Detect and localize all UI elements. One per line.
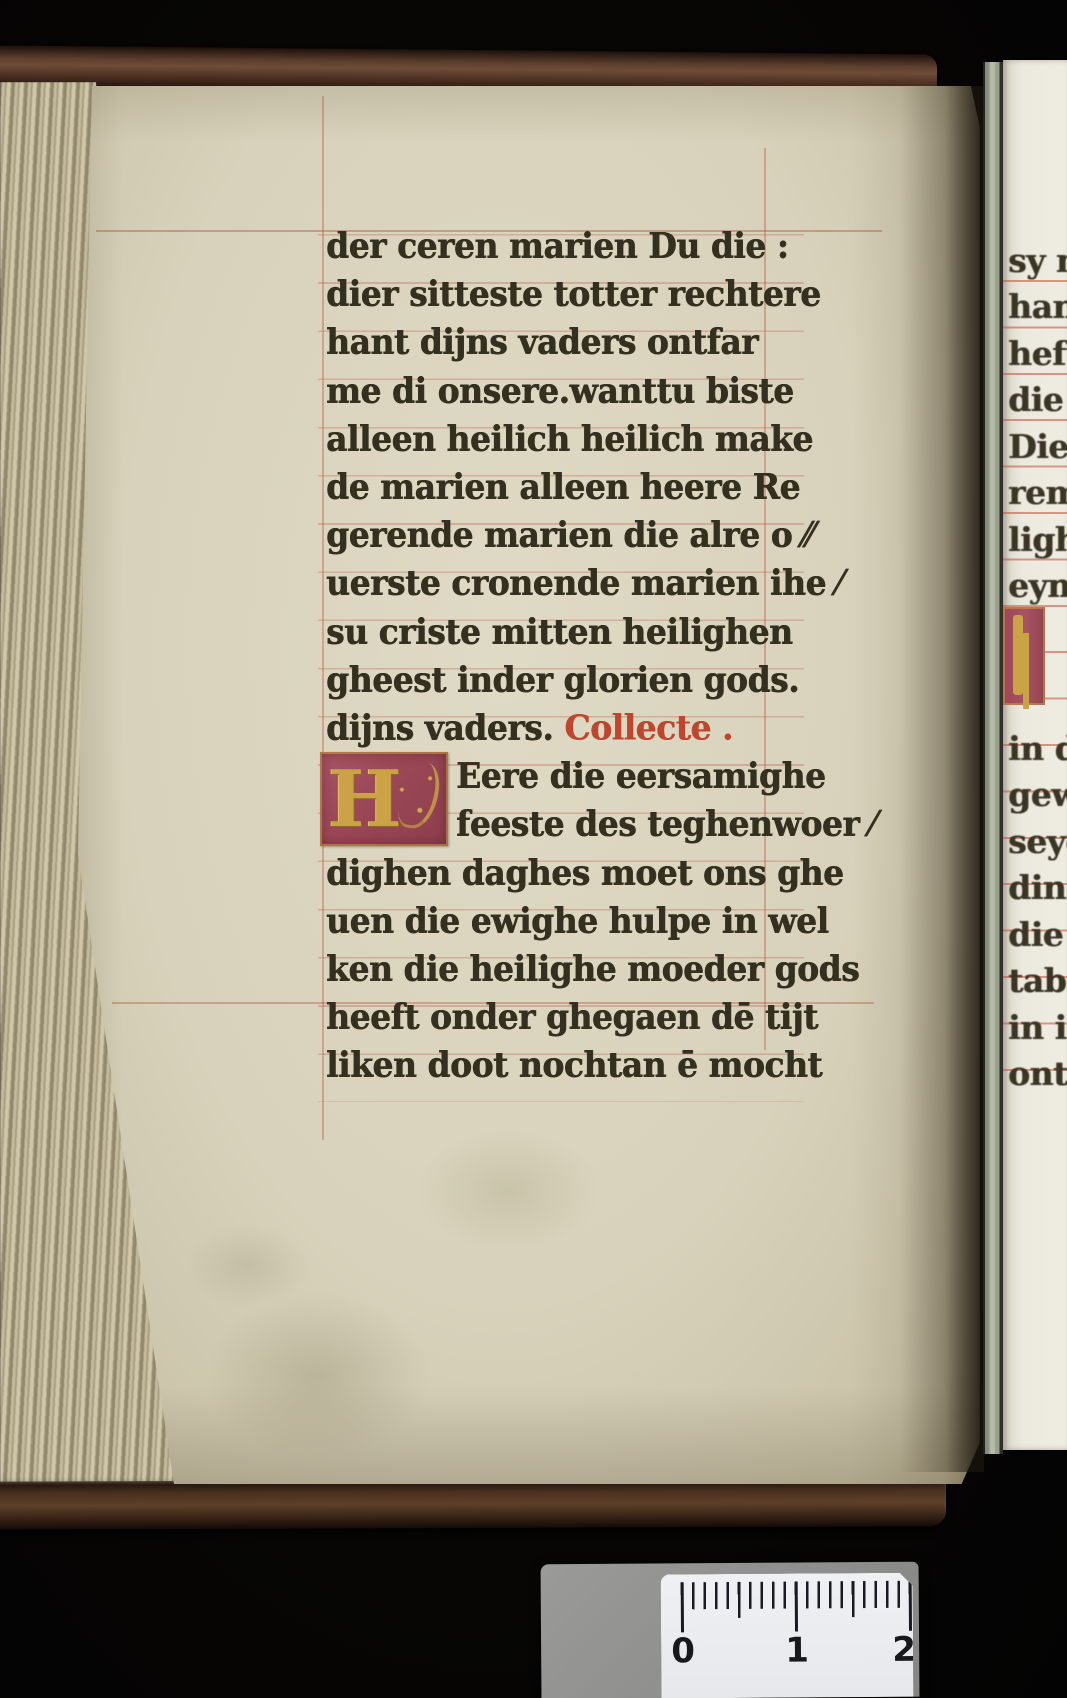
text-line: me di onsere.wanttu biste bbox=[326, 368, 794, 414]
right-page-text-fragment: in iaco bbox=[1008, 1007, 1067, 1049]
text-line: dighen daghes moet ons ghe bbox=[326, 850, 844, 896]
right-page-text-fragment: seyde m bbox=[1008, 821, 1067, 863]
right-page-text-fragment: hand bbox=[1008, 286, 1067, 328]
scale-ruler-label: 0 1 2 bbox=[661, 1573, 914, 1698]
initial-gold-stroke bbox=[1013, 615, 1023, 695]
text-line: Eere die eersamighe bbox=[456, 753, 825, 799]
scale-ruler-card: 0 1 2 bbox=[541, 1562, 920, 1698]
right-page-text-fragment: dinghe bbox=[1008, 867, 1067, 909]
text-line: alleen heilich heilich make bbox=[326, 416, 813, 462]
ruler-major-tick-0 bbox=[681, 1582, 684, 1632]
right-page-text-fragment: sy mi bbox=[1008, 240, 1067, 282]
text-line: gerende marien die alre o ⁄⁄ bbox=[326, 512, 813, 558]
ruler-number-2: 2 bbox=[892, 1627, 916, 1673]
text-line: hant dijns vaders ontfar bbox=[326, 319, 758, 365]
text-line: heeft onder ghegaen dē tijt bbox=[326, 994, 818, 1040]
illuminated-initial-letter: H bbox=[328, 754, 456, 848]
text-line: su criste mitten heilighen bbox=[326, 609, 792, 655]
ruler-major-tick-2 bbox=[909, 1581, 912, 1631]
ruler-number-1: 1 bbox=[785, 1627, 809, 1673]
text-line: liken doot nochtan ē mocht bbox=[326, 1042, 822, 1088]
text-line: gheest inder glorien gods. bbox=[326, 657, 799, 703]
text-line: feeste des teghenwoer ⁄ bbox=[456, 801, 875, 847]
text-line: der ceren marien Du die : bbox=[326, 223, 788, 269]
right-page-text-fragment: onthi bbox=[1008, 1053, 1067, 1095]
right-page-text-fragment: in die e bbox=[1008, 728, 1067, 770]
right-page-text-fragment: die heef bbox=[1008, 914, 1067, 956]
rubric-collecte: Collecte . bbox=[553, 707, 733, 748]
text-line: de marien alleen heere Re bbox=[326, 464, 800, 510]
text-line-with-rubric: dijns vaders. Collecte . bbox=[326, 705, 733, 751]
illuminated-initial-block: H bbox=[320, 752, 448, 846]
right-page-initial-sliver bbox=[1003, 607, 1045, 705]
ruler-major-tick-1 bbox=[795, 1582, 798, 1632]
text-line: uen die ewighe hulpe in wel bbox=[326, 898, 829, 944]
text-line: uerste cronende marien ihe ⁄ bbox=[326, 560, 842, 606]
right-page-text-fragment: Die m bbox=[1008, 426, 1067, 468]
glass-plate-edge bbox=[983, 62, 1003, 1454]
right-page-text-fragment: ligher bbox=[1008, 519, 1067, 561]
text-line: ken die heilighe moeder gods bbox=[326, 946, 859, 992]
right-page-text-fragment: remee bbox=[1008, 472, 1067, 514]
right-page-text-fragment: eynde bbox=[1008, 565, 1067, 607]
right-page-text-fragment: heft bbox=[1008, 333, 1067, 375]
ruler-number-0: 0 bbox=[671, 1628, 695, 1674]
right-page-text-fragment: die gh bbox=[1008, 379, 1067, 421]
right-page-text-fragment: tabern bbox=[1008, 960, 1067, 1002]
page-gutter-shadow bbox=[900, 86, 984, 1472]
book-binding-bottom-edge bbox=[0, 1478, 946, 1529]
text-line: dier sitteste totter rechtere bbox=[326, 271, 821, 317]
right-page-text-fragment: gewor bbox=[1008, 774, 1067, 816]
text-line-black-part: dijns vaders. bbox=[326, 707, 553, 748]
photo-background: der ceren marien Du die : dier sitteste … bbox=[0, 0, 1067, 1698]
